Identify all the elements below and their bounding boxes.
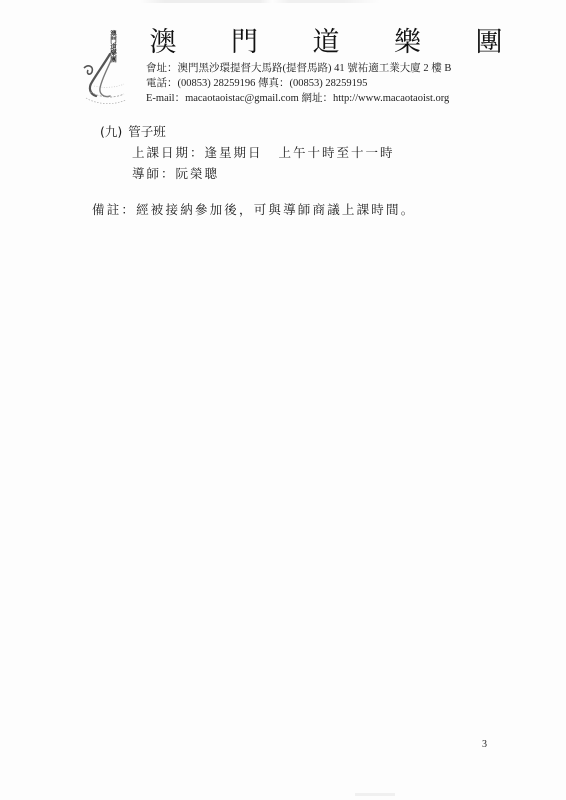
remark-note: 備註：經被接納參加後，可與導師商議上課時間。 xyxy=(92,202,415,218)
teacher-line: 導師：阮榮聰 xyxy=(132,166,219,182)
schedule-label: 上課日期： xyxy=(132,145,205,160)
schedule-day: 逢星期日 xyxy=(205,145,263,160)
schedule-line: 上課日期：逢星期日上午十時至十一時 xyxy=(132,145,395,161)
org-name-char: 澳 xyxy=(146,27,180,59)
letterhead: 澳門道樂團 澳 門 道 樂 團 會址：澳門黑沙環提督大馬路(提督馬路) 41 號… xyxy=(80,25,510,110)
page-number: 3 xyxy=(482,739,487,750)
org-name: 澳 門 道 樂 團 xyxy=(146,27,506,59)
org-logo: 澳門道樂團 xyxy=(80,28,130,108)
section-heading: (九)管子班 xyxy=(100,124,166,140)
teacher-label: 導師： xyxy=(132,166,176,181)
org-name-char: 門 xyxy=(228,27,262,59)
contact-info: 會址：澳門黑沙環提督大馬路(提督馬路) 41 號祐適工業大廈 2 樓 B 電話：… xyxy=(146,61,451,106)
address-line: 會址：澳門黑沙環提督大馬路(提督馬路) 41 號祐適工業大廈 2 樓 B xyxy=(146,61,451,76)
org-name-char: 團 xyxy=(472,27,506,59)
email-web-line: E-mail：macaotaoistac@gmail.com 網址：http:/… xyxy=(146,91,451,106)
section-title: 管子班 xyxy=(128,124,166,139)
document-page: 澳門道樂團 澳 門 道 樂 團 會址：澳門黑沙環提督大馬路(提督馬路) 41 號… xyxy=(0,0,566,800)
dragon-brush-icon xyxy=(80,48,130,108)
schedule-time: 上午十時至十一時 xyxy=(279,145,395,160)
org-name-char: 道 xyxy=(309,27,343,59)
teacher-name: 阮榮聰 xyxy=(176,166,220,181)
org-name-char: 樂 xyxy=(391,27,425,59)
phone-fax-line: 電話：(00853) 28259196 傳真：(00853) 28259195 xyxy=(146,76,451,91)
section-number: (九) xyxy=(100,124,122,139)
scan-artifact-bottom xyxy=(355,793,395,796)
scan-artifact-top xyxy=(140,0,380,3)
